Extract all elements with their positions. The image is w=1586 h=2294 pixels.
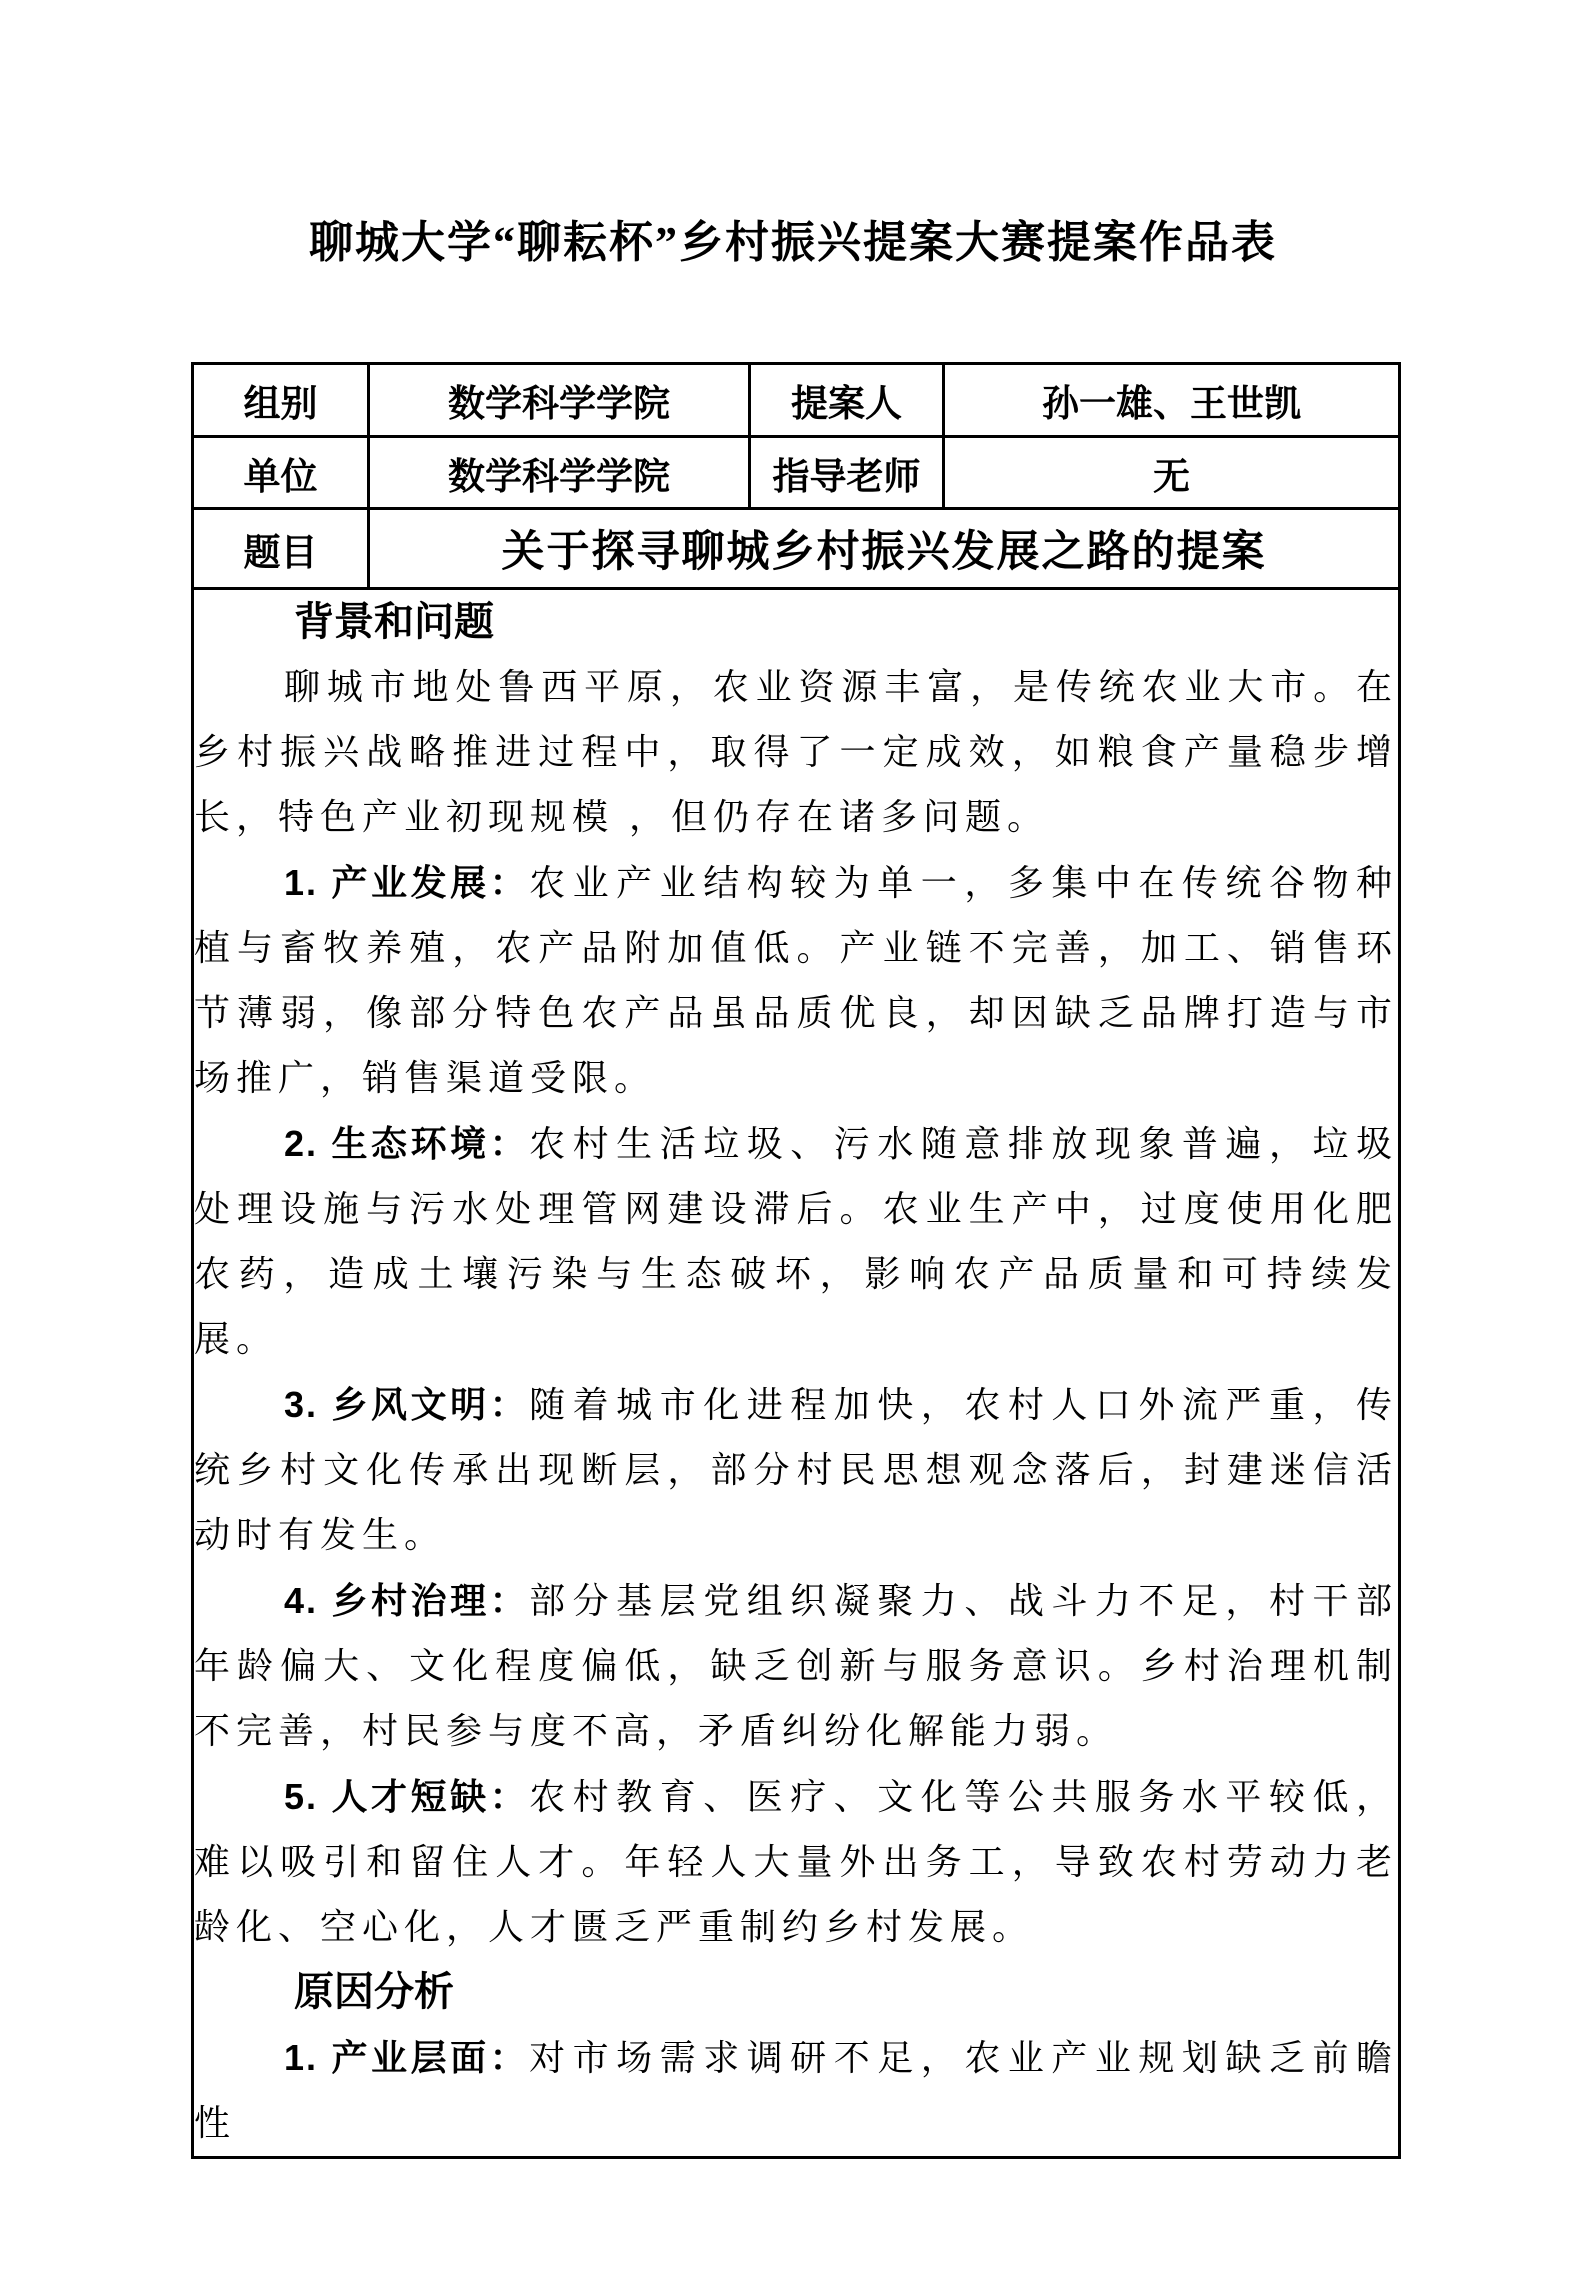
- paragraph-lead: 5. 人才短缺：: [284, 1776, 529, 1817]
- section-paragraph: 4. 乡村治理：部分基层党组织凝聚力、战斗力不足，村干部年龄偏大、文化程度偏低，…: [194, 1568, 1398, 1764]
- unit-value: 数学科学学院: [369, 437, 750, 509]
- table-row: 题目 关于探寻聊城乡村振兴发展之路的提案: [193, 509, 1400, 589]
- topic-value: 关于探寻聊城乡村振兴发展之路的提案: [369, 509, 1400, 589]
- paragraph-lead: 3. 乡风文明：: [284, 1384, 529, 1425]
- table-row: 组别 数学科学学院 提案人 孙一雄、王世凯: [193, 364, 1400, 437]
- proposal-form-table: 组别 数学科学学院 提案人 孙一雄、王世凯 单位 数学科学学院 指导老师 无 题…: [191, 362, 1401, 2159]
- body-cell: 背景和问题聊城市地处鲁西平原，农业资源丰富，是传统农业大市。在乡村振兴战略推进过…: [193, 589, 1400, 2158]
- group-label: 组别: [193, 364, 369, 437]
- section-paragraph: 1. 产业层面：对市场需求调研不足，农业产业规划缺乏前瞻性: [194, 2025, 1398, 2156]
- section-heading: 背景和问题: [194, 590, 1398, 655]
- document-title: 聊城大学“聊耘杯”乡村振兴提案大赛提案作品表: [0, 206, 1586, 270]
- proposer-value: 孙一雄、王世凯: [944, 364, 1400, 437]
- section-paragraph: 1. 产业发展：农业产业结构较为单一，多集中在传统谷物种植与畜牧养殖，农产品附加…: [194, 850, 1398, 1111]
- section-paragraph: 2. 生态环境：农村生活垃圾、污水随意排放现象普遍，垃圾处理设施与污水处理管网建…: [194, 1111, 1398, 1372]
- group-value: 数学科学学院: [369, 364, 750, 437]
- paragraph-lead: 1. 产业层面：: [284, 2037, 529, 2078]
- paragraph-lead: 2. 生态环境：: [284, 1123, 529, 1164]
- table-row: 背景和问题聊城市地处鲁西平原，农业资源丰富，是传统农业大市。在乡村振兴战略推进过…: [193, 589, 1400, 2158]
- proposer-label: 提案人: [750, 364, 944, 437]
- paragraph-lead: 1. 产业发展：: [284, 862, 529, 903]
- section-paragraph: 5. 人才短缺：农村教育、医疗、文化等公共服务水平较低，难以吸引和留住人才。年轻…: [194, 1764, 1398, 1960]
- document-page: 聊城大学“聊耘杯”乡村振兴提案大赛提案作品表 组别 数学科学学院 提案人 孙一雄…: [0, 0, 1586, 2294]
- unit-label: 单位: [193, 437, 369, 509]
- topic-label: 题目: [193, 509, 369, 589]
- table-row: 单位 数学科学学院 指导老师 无: [193, 437, 1400, 509]
- section-heading: 原因分析: [194, 1960, 1398, 2025]
- section-paragraph: 3. 乡风文明：随着城市化进程加快，农村人口外流严重，传统乡村文化传承出现断层，…: [194, 1372, 1398, 1568]
- advisor-value: 无: [944, 437, 1400, 509]
- advisor-label: 指导老师: [750, 437, 944, 509]
- section-paragraph: 聊城市地处鲁西平原，农业资源丰富，是传统农业大市。在乡村振兴战略推进过程中，取得…: [194, 655, 1398, 850]
- paragraph-lead: 4. 乡村治理：: [284, 1580, 529, 1621]
